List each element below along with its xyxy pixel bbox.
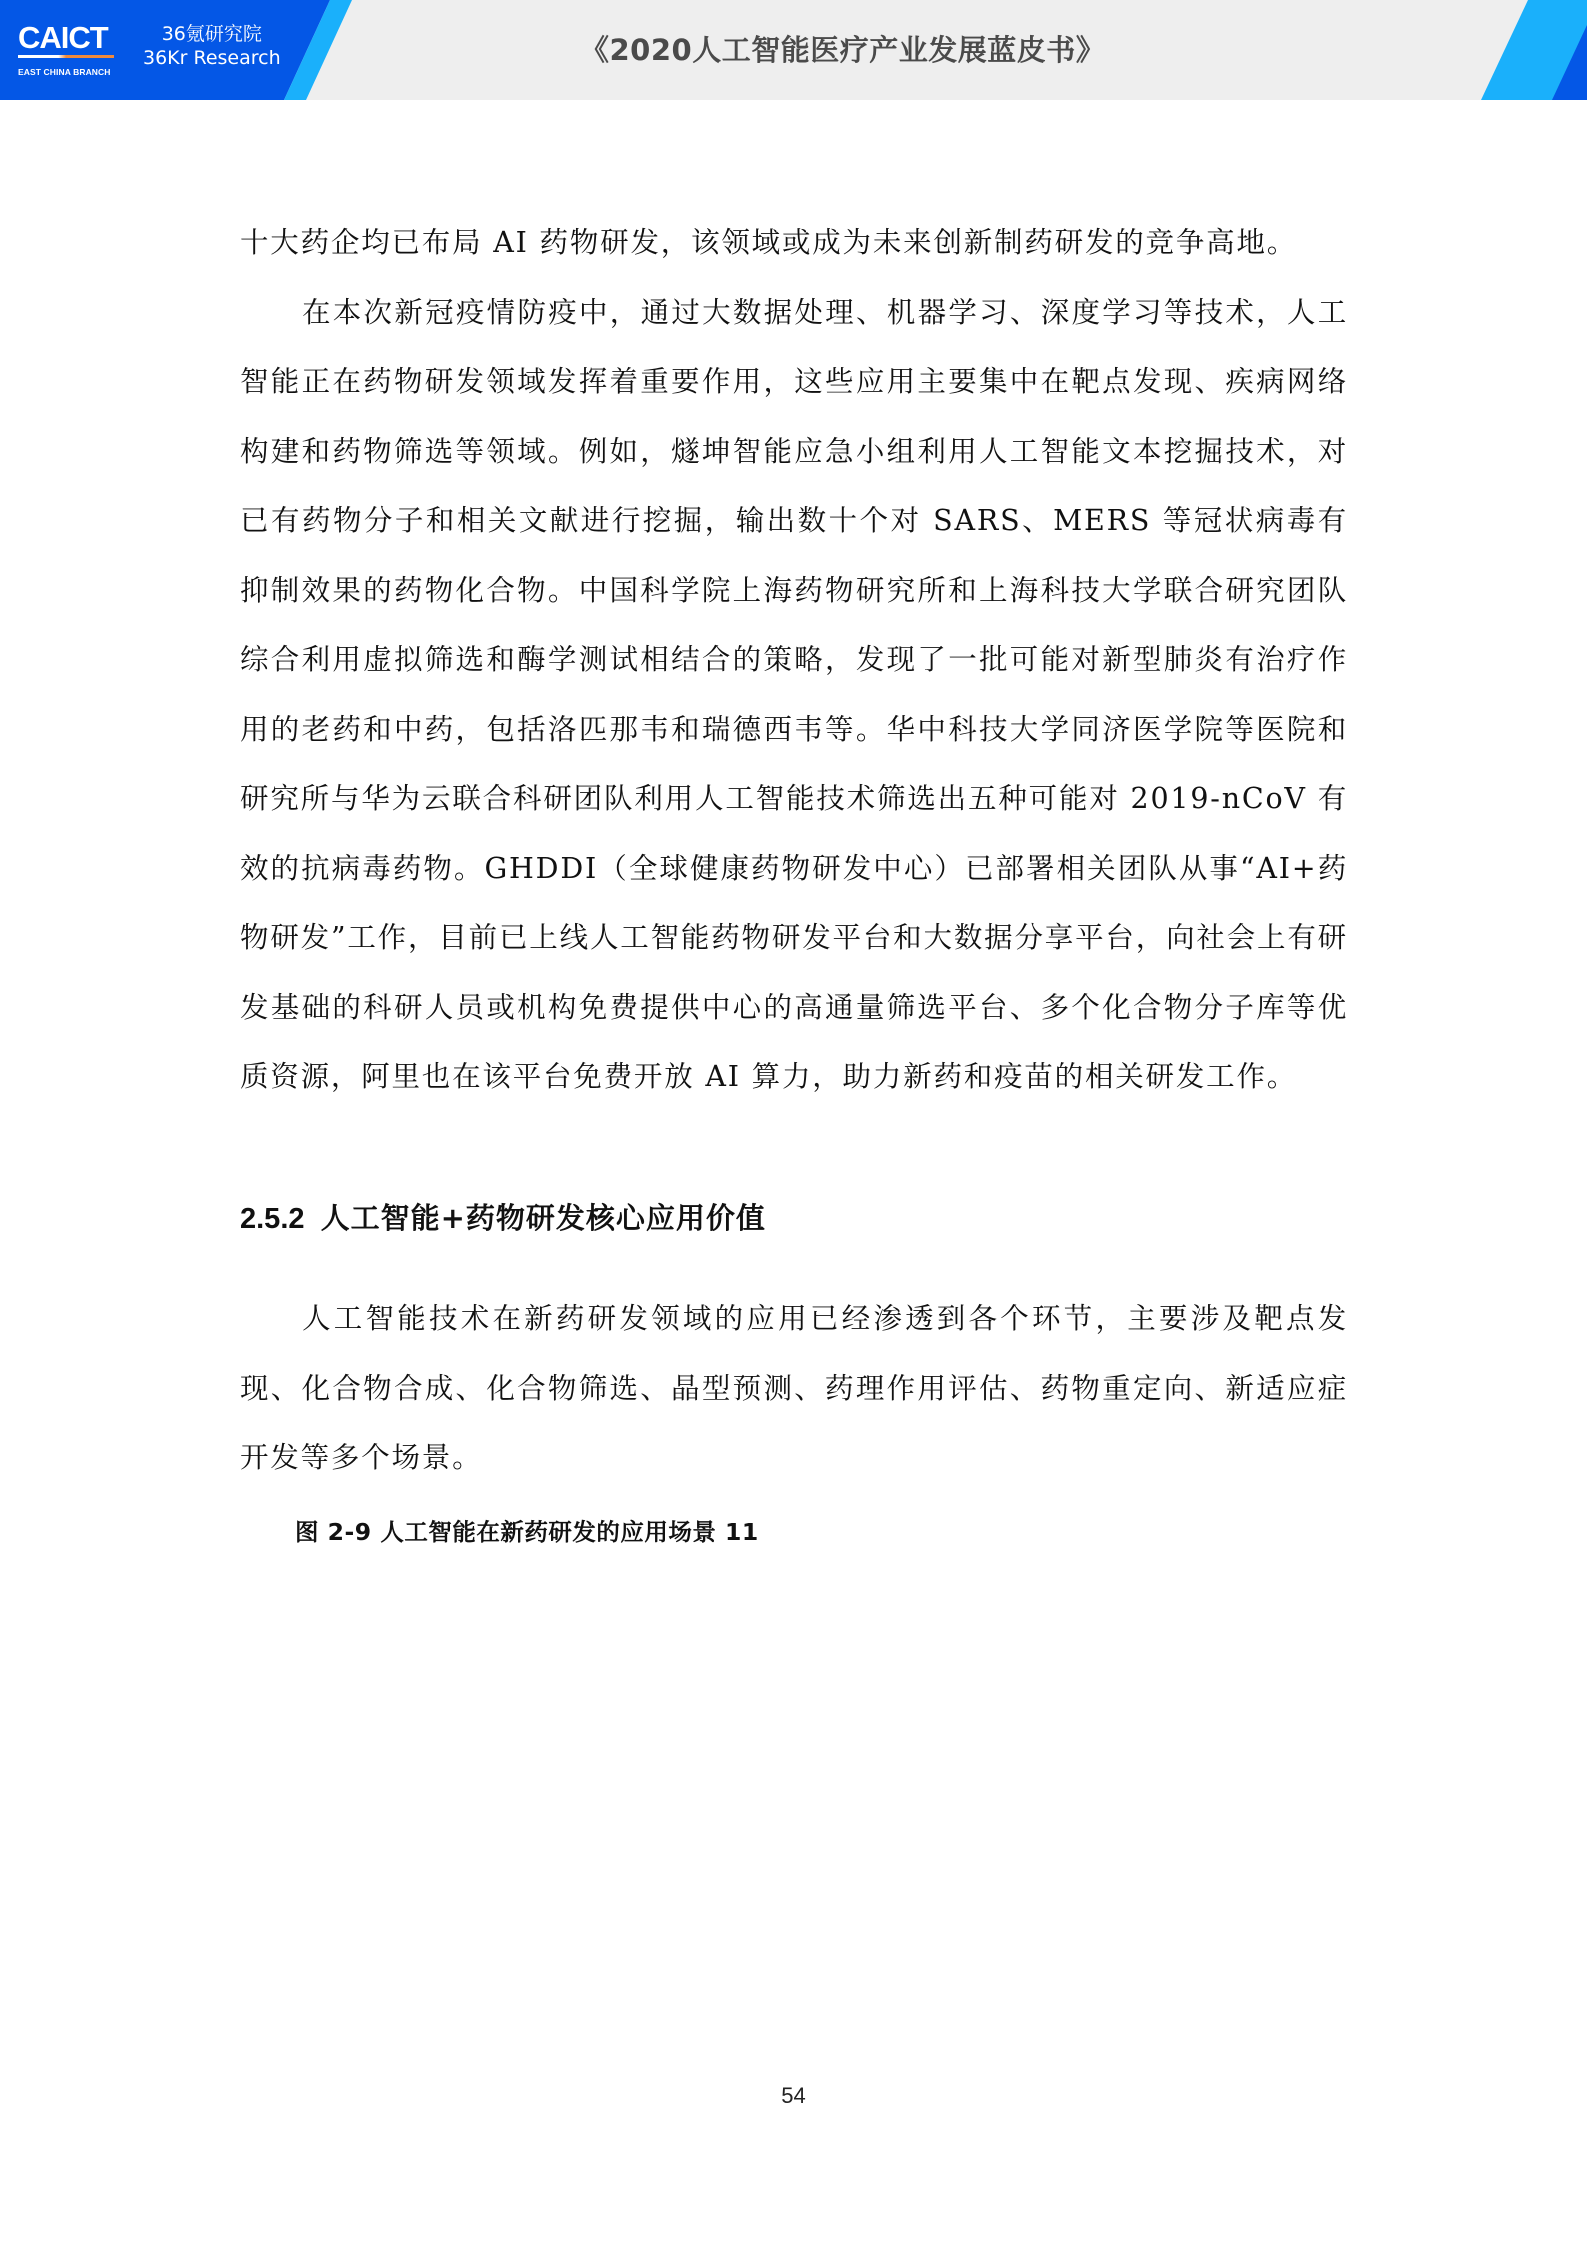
paragraph-application-scenarios: 人工智能技术在新药研发领域的应用已经渗透到各个环节，主要涉及靶点发现、化合物合成… xyxy=(240,1284,1348,1493)
36kr-research-logo: 36氪研究院 36Kr Research xyxy=(143,22,281,70)
paragraph-ai-pharma-companies: 十大药企均已布局 AI 药物研发，该领域或成为未来创新制药研发的竞争高地。 xyxy=(240,208,1348,278)
section-title: 人工智能+药物研发核心应用价值 xyxy=(321,1201,766,1235)
caict-wordmark: CAICT xyxy=(18,22,118,54)
page-header: CAICT EAST CHINA BRANCH 36氪研究院 36Kr Rese… xyxy=(0,0,1587,100)
figure-caption: 图 2-9 人工智能在新药研发的应用场景 11 xyxy=(295,1513,759,1547)
document-title: 《2020人工智能医疗产业发展蓝皮书》 xyxy=(580,28,1105,69)
section-number: 2.5.2 xyxy=(240,1203,305,1235)
section-heading: 2.5.2 人工智能+药物研发核心应用价值 xyxy=(240,1196,766,1237)
page-number: 54 xyxy=(0,2083,1587,2109)
caict-logo-subtitle: EAST CHINA BRANCH xyxy=(18,67,118,77)
caict-logo-underline xyxy=(18,55,114,58)
36kr-logo-english: 36Kr Research xyxy=(143,46,281,70)
section-body: 人工智能技术在新药研发领域的应用已经渗透到各个环节，主要涉及靶点发现、化合物合成… xyxy=(240,1284,1348,1493)
paragraph-covid-ai-drug-research: 在本次新冠疫情防疫中，通过大数据处理、机器学习、深度学习等技术，人工智能正在药物… xyxy=(240,278,1348,1112)
body-text: 十大药企均已布局 AI 药物研发，该领域或成为未来创新制药研发的竞争高地。 在本… xyxy=(240,208,1348,1112)
caict-logo: CAICT EAST CHINA BRANCH xyxy=(18,22,118,82)
36kr-logo-chinese: 36氪研究院 xyxy=(143,22,281,46)
